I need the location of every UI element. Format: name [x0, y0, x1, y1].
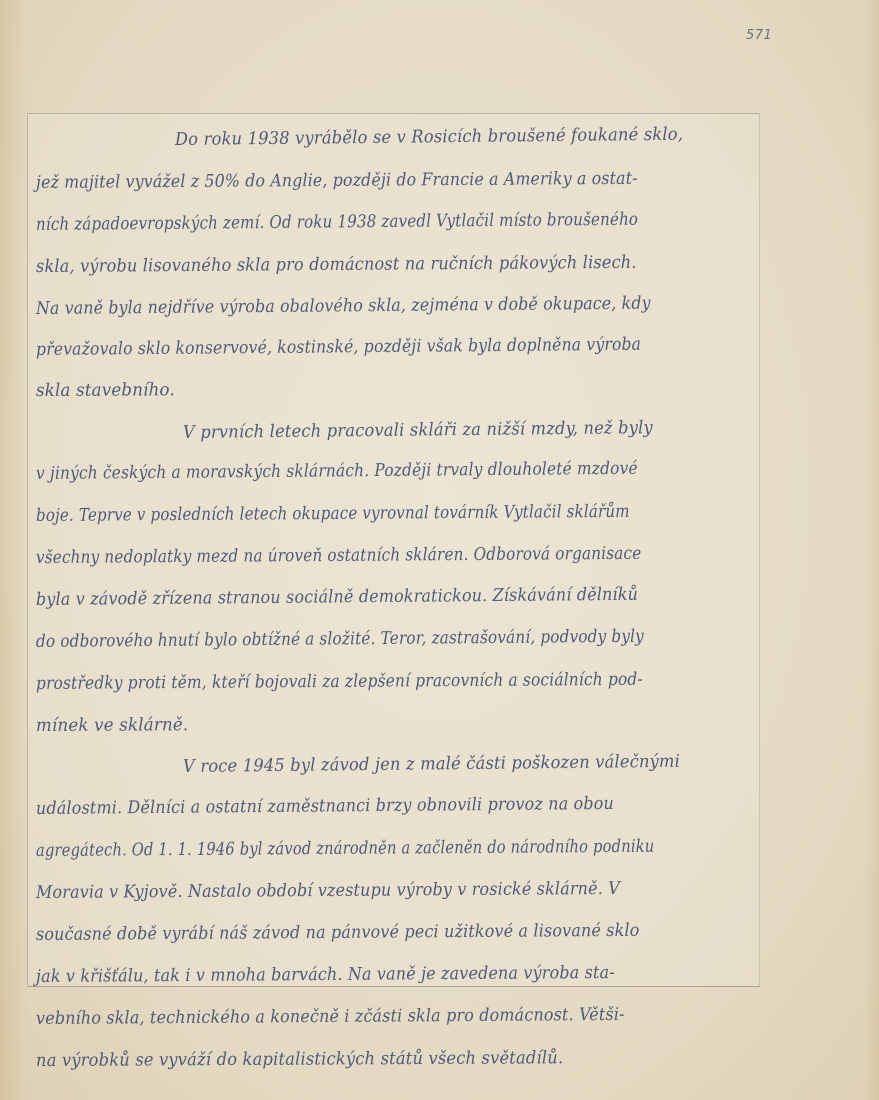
text-line: na výrobků se vyváží do kapitalistických… [36, 1048, 563, 1071]
text-line: jak v křišťálu, tak i v mnoha barvách. N… [36, 963, 615, 987]
text-line: prostředky proti těm, kteří bojovali za … [36, 670, 643, 694]
page-number: 571 [746, 28, 772, 43]
text-line: Moravia v Kyjově. Nastalo období vzestup… [36, 879, 620, 903]
text-line: boje. Teprve v posledních letech okupace… [36, 502, 630, 526]
text-line: skla stavebního. [36, 380, 175, 401]
text-line: všechny nedoplatky mezd na úroveň ostatn… [36, 544, 642, 568]
text-line: jež majitel vyvážel z 50% do Anglie, poz… [36, 169, 638, 193]
text-line: současné době vyrábí náš závod na pánvov… [36, 921, 640, 945]
text-line: mínek ve sklárně. [36, 715, 188, 736]
text-line: vebního skla, technického a konečně i zč… [36, 1005, 625, 1029]
text-line: skla, výrobu lisovaného skla pro domácno… [36, 253, 637, 277]
